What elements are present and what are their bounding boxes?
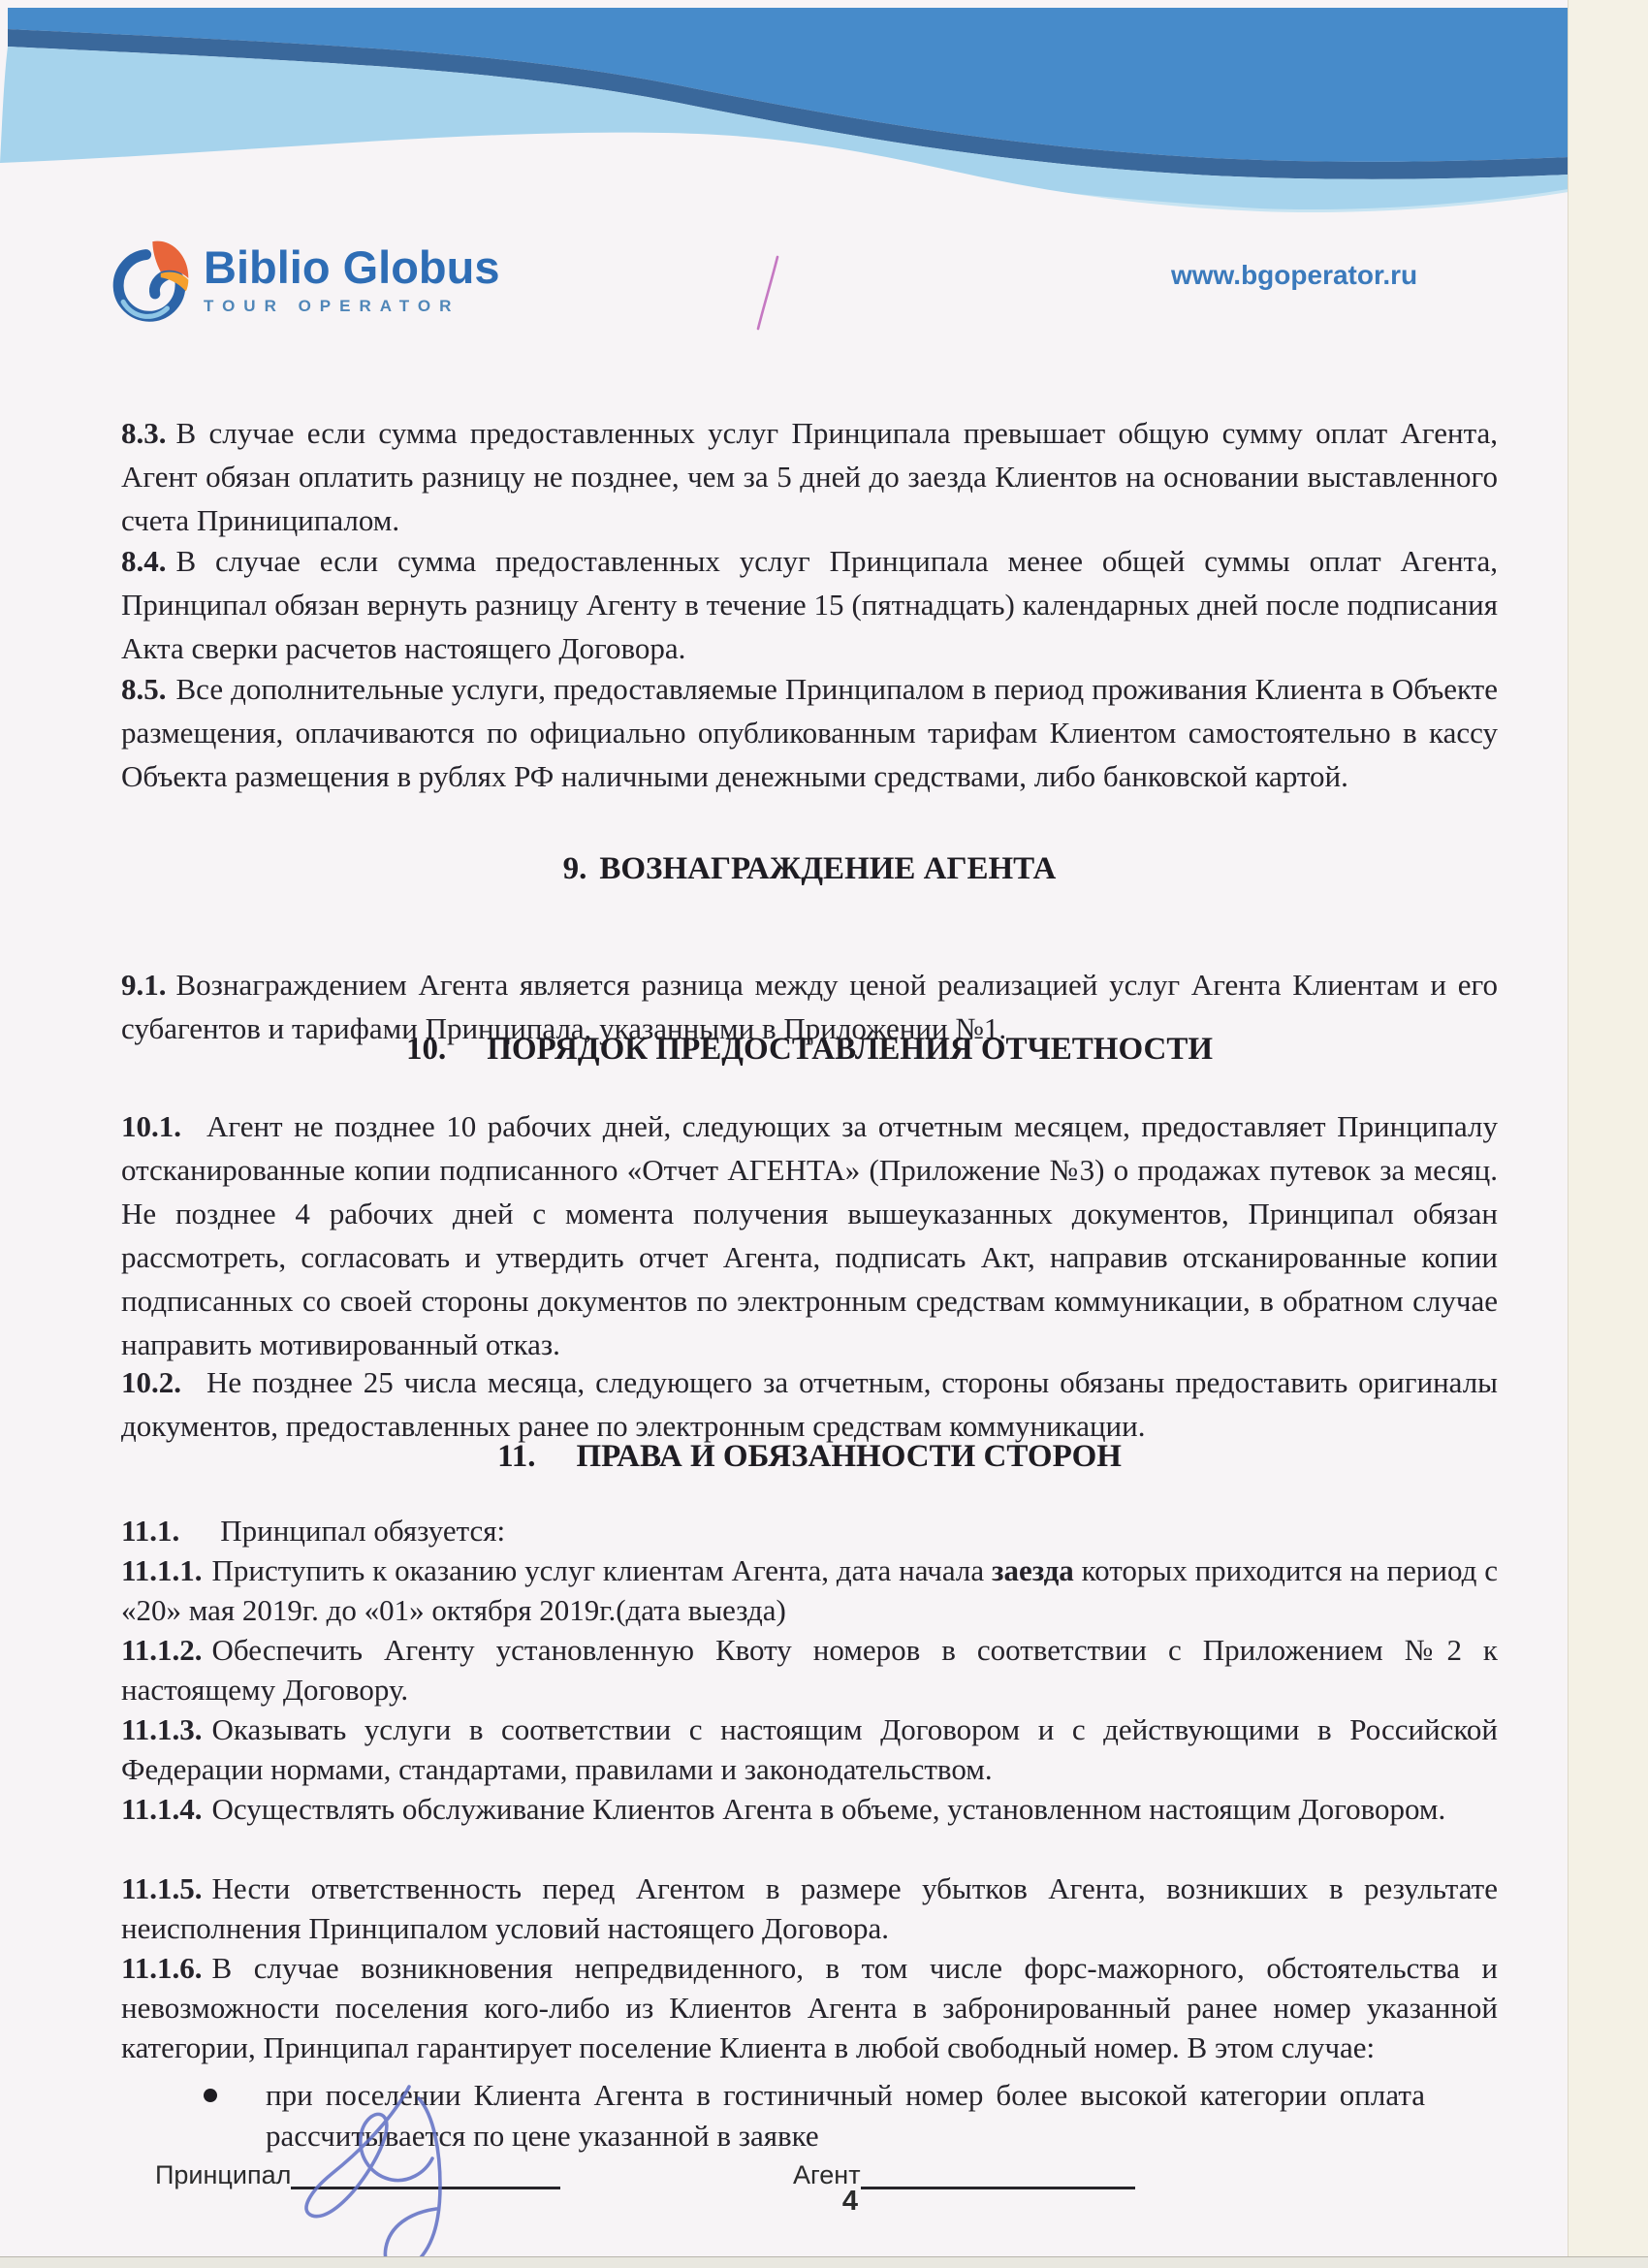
- clause-number: 11.1.3.: [121, 1712, 203, 1746]
- clause-text: Агент не позднее 10 рабочих дней, следую…: [121, 1109, 1498, 1361]
- clause-number: 9.1.: [121, 968, 167, 1002]
- section-number: 9.: [563, 851, 587, 886]
- scanned-contract-page: Biblio Globus TOUR OPERATOR www.bgoperat…: [0, 0, 1648, 2268]
- clause-8-4: 8.4.В случае если сумма предоставленных …: [121, 539, 1498, 670]
- clause-number: 11.1.5.: [121, 1871, 203, 1905]
- clause-8-5: 8.5.Все дополнительные услуги, предостав…: [121, 667, 1498, 798]
- clause-11-1-3: 11.1.3.Оказывать услуги в соответствии с…: [121, 1709, 1498, 1789]
- clause-text: Принципал обязуется:: [220, 1514, 505, 1548]
- clause-text: Приступить к оказанию услуг клиентам Аге…: [212, 1553, 992, 1587]
- section-title: ВОЗНАГРАЖДЕНИЕ АГЕНТА: [599, 851, 1056, 886]
- clause-number: 11.1.: [121, 1514, 179, 1548]
- clause-text: В случае если сумма предоставленных услу…: [121, 544, 1498, 665]
- page-number: 4: [826, 2186, 874, 2218]
- agent-signature-line: [861, 2186, 1135, 2189]
- clause-11-1-5: 11.1.5.Нести ответственность перед Агент…: [121, 1869, 1498, 1948]
- clause-10-2: 10.2.Не позднее 25 числа месяца, следующ…: [121, 1360, 1498, 1448]
- clause-number: 10.1.: [121, 1109, 181, 1143]
- biblio-globus-logo: Biblio Globus TOUR OPERATOR: [109, 237, 499, 330]
- scan-edge-right: [1568, 0, 1648, 2268]
- bullet-icon: [204, 2089, 217, 2102]
- clause-8-3: 8.3.В случае если сумма предоставленных …: [121, 411, 1498, 542]
- clause-number: 10.2.: [121, 1365, 181, 1399]
- clause-11-1-1: 11.1.1.Приступить к оказанию услуг клиен…: [121, 1550, 1498, 1630]
- clause-text: В случае если сумма предоставленных услу…: [121, 416, 1498, 537]
- clause-text: Нести ответственность перед Агентом в ра…: [121, 1871, 1498, 1945]
- pen-mark: [746, 247, 790, 339]
- clause-text: Осуществлять обслуживание Клиентов Агент…: [212, 1792, 1446, 1826]
- clause-number: 8.4.: [121, 544, 167, 578]
- clause-11-1: 11.1.Принципал обязуется:: [121, 1511, 1498, 1550]
- section-number: 10.: [406, 1032, 446, 1067]
- clause-text: Все дополнительные услуги, предоставляем…: [121, 672, 1498, 793]
- section-title: ПОРЯДОК ПРЕДОСТАВЛЕНИЯ ОТЧЕТНОСТИ: [487, 1032, 1213, 1067]
- header-wave-graphic: [0, 0, 1569, 228]
- clause-10-1: 10.1.Агент не позднее 10 рабочих дней, с…: [121, 1104, 1498, 1366]
- website-url: www.bgoperator.ru: [1171, 260, 1417, 291]
- section-title: ПРАВА И ОБЯЗАННОСТИ СТОРОН: [577, 1439, 1122, 1474]
- clause-number: 11.1.6.: [121, 1951, 203, 1985]
- clause-text: Оказывать услуги в соответствии с настоя…: [121, 1712, 1498, 1786]
- brand-name: Biblio Globus: [204, 244, 499, 291]
- clause-number: 8.3.: [121, 416, 167, 450]
- clause-11-1-4: 11.1.4.Осуществлять обслуживание Клиенто…: [121, 1789, 1498, 1829]
- scan-edge-bottom: [0, 2256, 1648, 2268]
- biblio-globus-logo-icon: [109, 237, 190, 330]
- section-heading-9: 9.ВОЗНАГРАЖДЕНИЕ АГЕНТА: [121, 851, 1498, 887]
- section-number: 11.: [497, 1439, 535, 1474]
- clause-text: В случае возникновения непредвиденного, …: [121, 1951, 1498, 2064]
- clause-11-1-2: 11.1.2.Обеспечить Агенту установленную К…: [121, 1630, 1498, 1709]
- clause-11-1-6: 11.1.6.В случае возникновения непредвиде…: [121, 1948, 1498, 2067]
- clause-text: Не позднее 25 числа месяца, следующего з…: [121, 1365, 1498, 1443]
- clause-number: 11.1.2.: [121, 1633, 203, 1667]
- brand-tagline: TOUR OPERATOR: [204, 297, 499, 316]
- clause-text-bold: заезда: [992, 1553, 1074, 1587]
- signature-ink: [254, 2063, 516, 2268]
- clause-text: Обеспечить Агенту установленную Квоту но…: [121, 1633, 1498, 1707]
- clause-number: 8.5.: [121, 672, 167, 706]
- clause-number: 11.1.1.: [121, 1553, 203, 1587]
- clause-number: 11.1.4.: [121, 1792, 203, 1826]
- section-heading-10: 10.ПОРЯДОК ПРЕДОСТАВЛЕНИЯ ОТЧЕТНОСТИ: [121, 1032, 1498, 1068]
- section-heading-11: 11.ПРАВА И ОБЯЗАННОСТИ СТОРОН: [121, 1439, 1498, 1475]
